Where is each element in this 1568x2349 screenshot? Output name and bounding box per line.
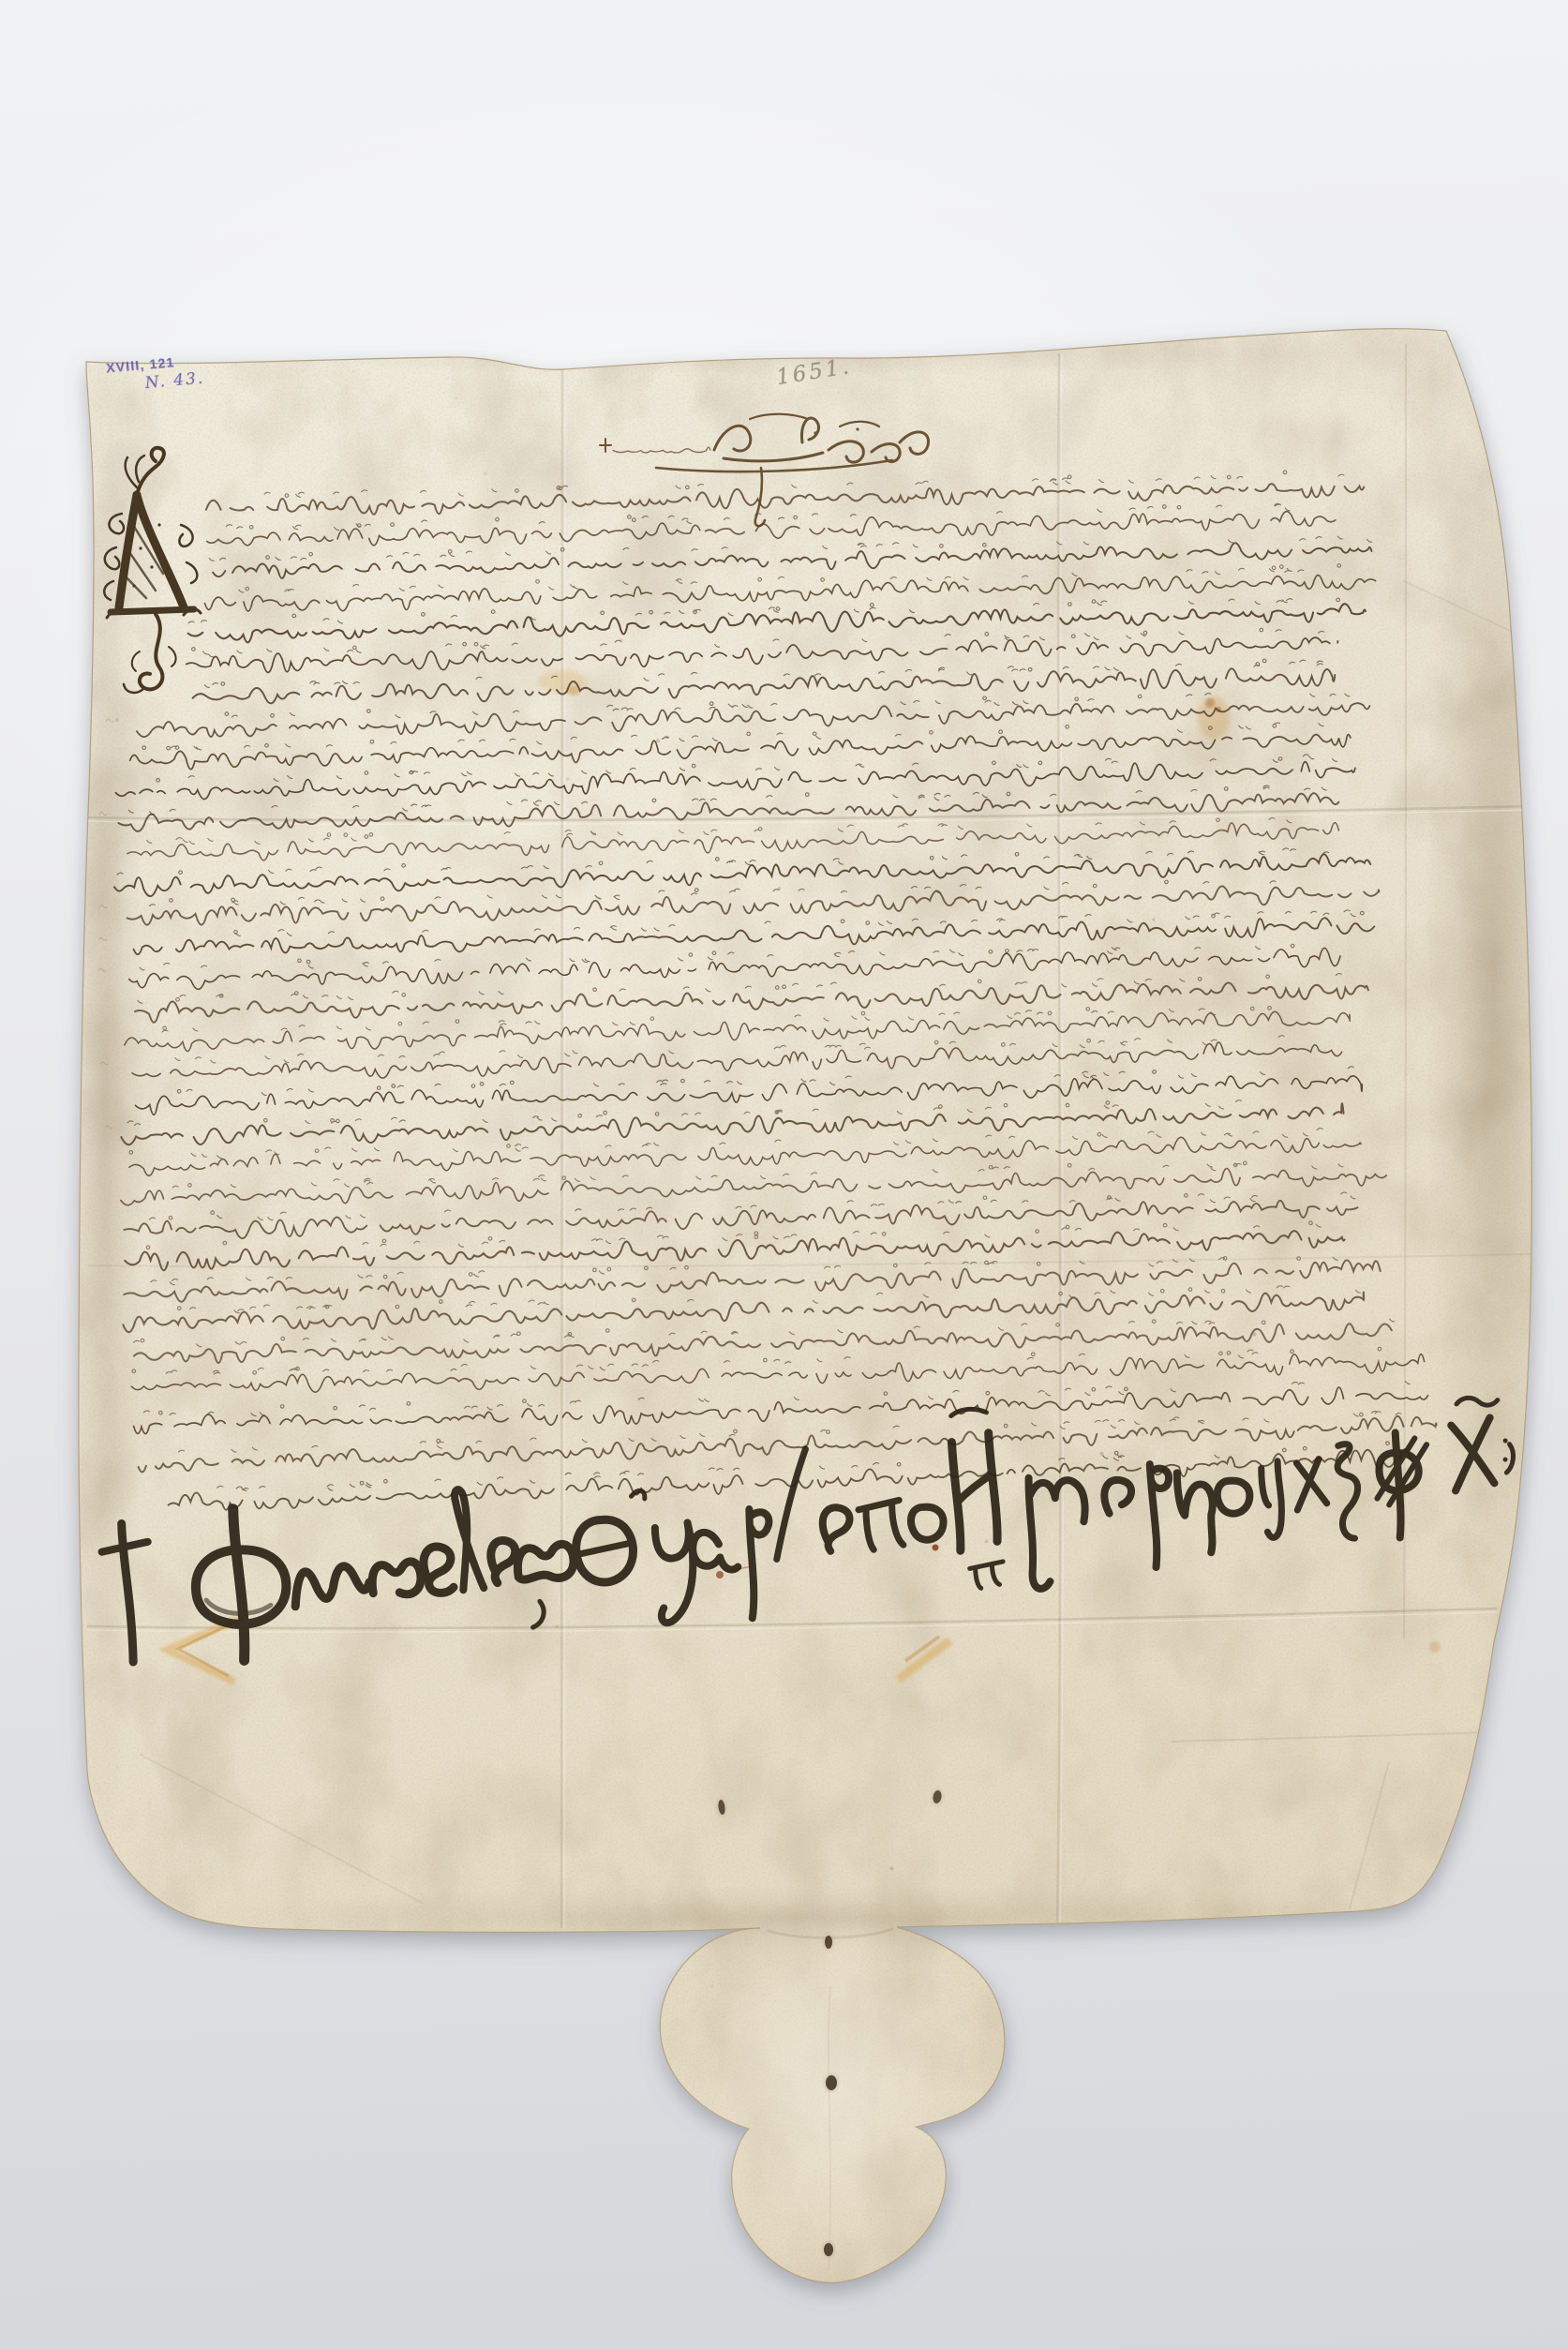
speck [656,739,660,742]
speck [1142,1433,1144,1436]
speck [1099,1452,1103,1456]
speck [555,1624,559,1628]
speck [1241,1992,1243,1994]
speck [609,1947,611,1949]
center-highlight [112,441,1087,1340]
seal-tag-hole [824,2073,839,2092]
speck [566,777,570,781]
seal-tag-hole [823,1934,834,1951]
speck [985,1540,989,1544]
speck [115,718,119,722]
speck [1283,2197,1287,2201]
speck [890,1866,894,1870]
speck [848,589,850,591]
speck [116,1766,118,1768]
speck [455,397,457,399]
speck [1062,2010,1065,2012]
speck [710,1984,713,1987]
photograph: XVIII, 121 N. 43. 1651. [0,0,1568,2349]
speck [114,1886,118,1890]
speck [484,472,486,475]
speck [634,1998,635,2000]
hole [717,1798,727,1817]
seal-tag-hole [822,2241,835,2258]
speck [158,2041,160,2042]
speck [1216,2191,1218,2193]
hole [932,1788,944,1805]
speck [1152,919,1155,921]
right-fold-shade [1425,291,1563,1678]
document-photo-scene [0,0,1568,2349]
